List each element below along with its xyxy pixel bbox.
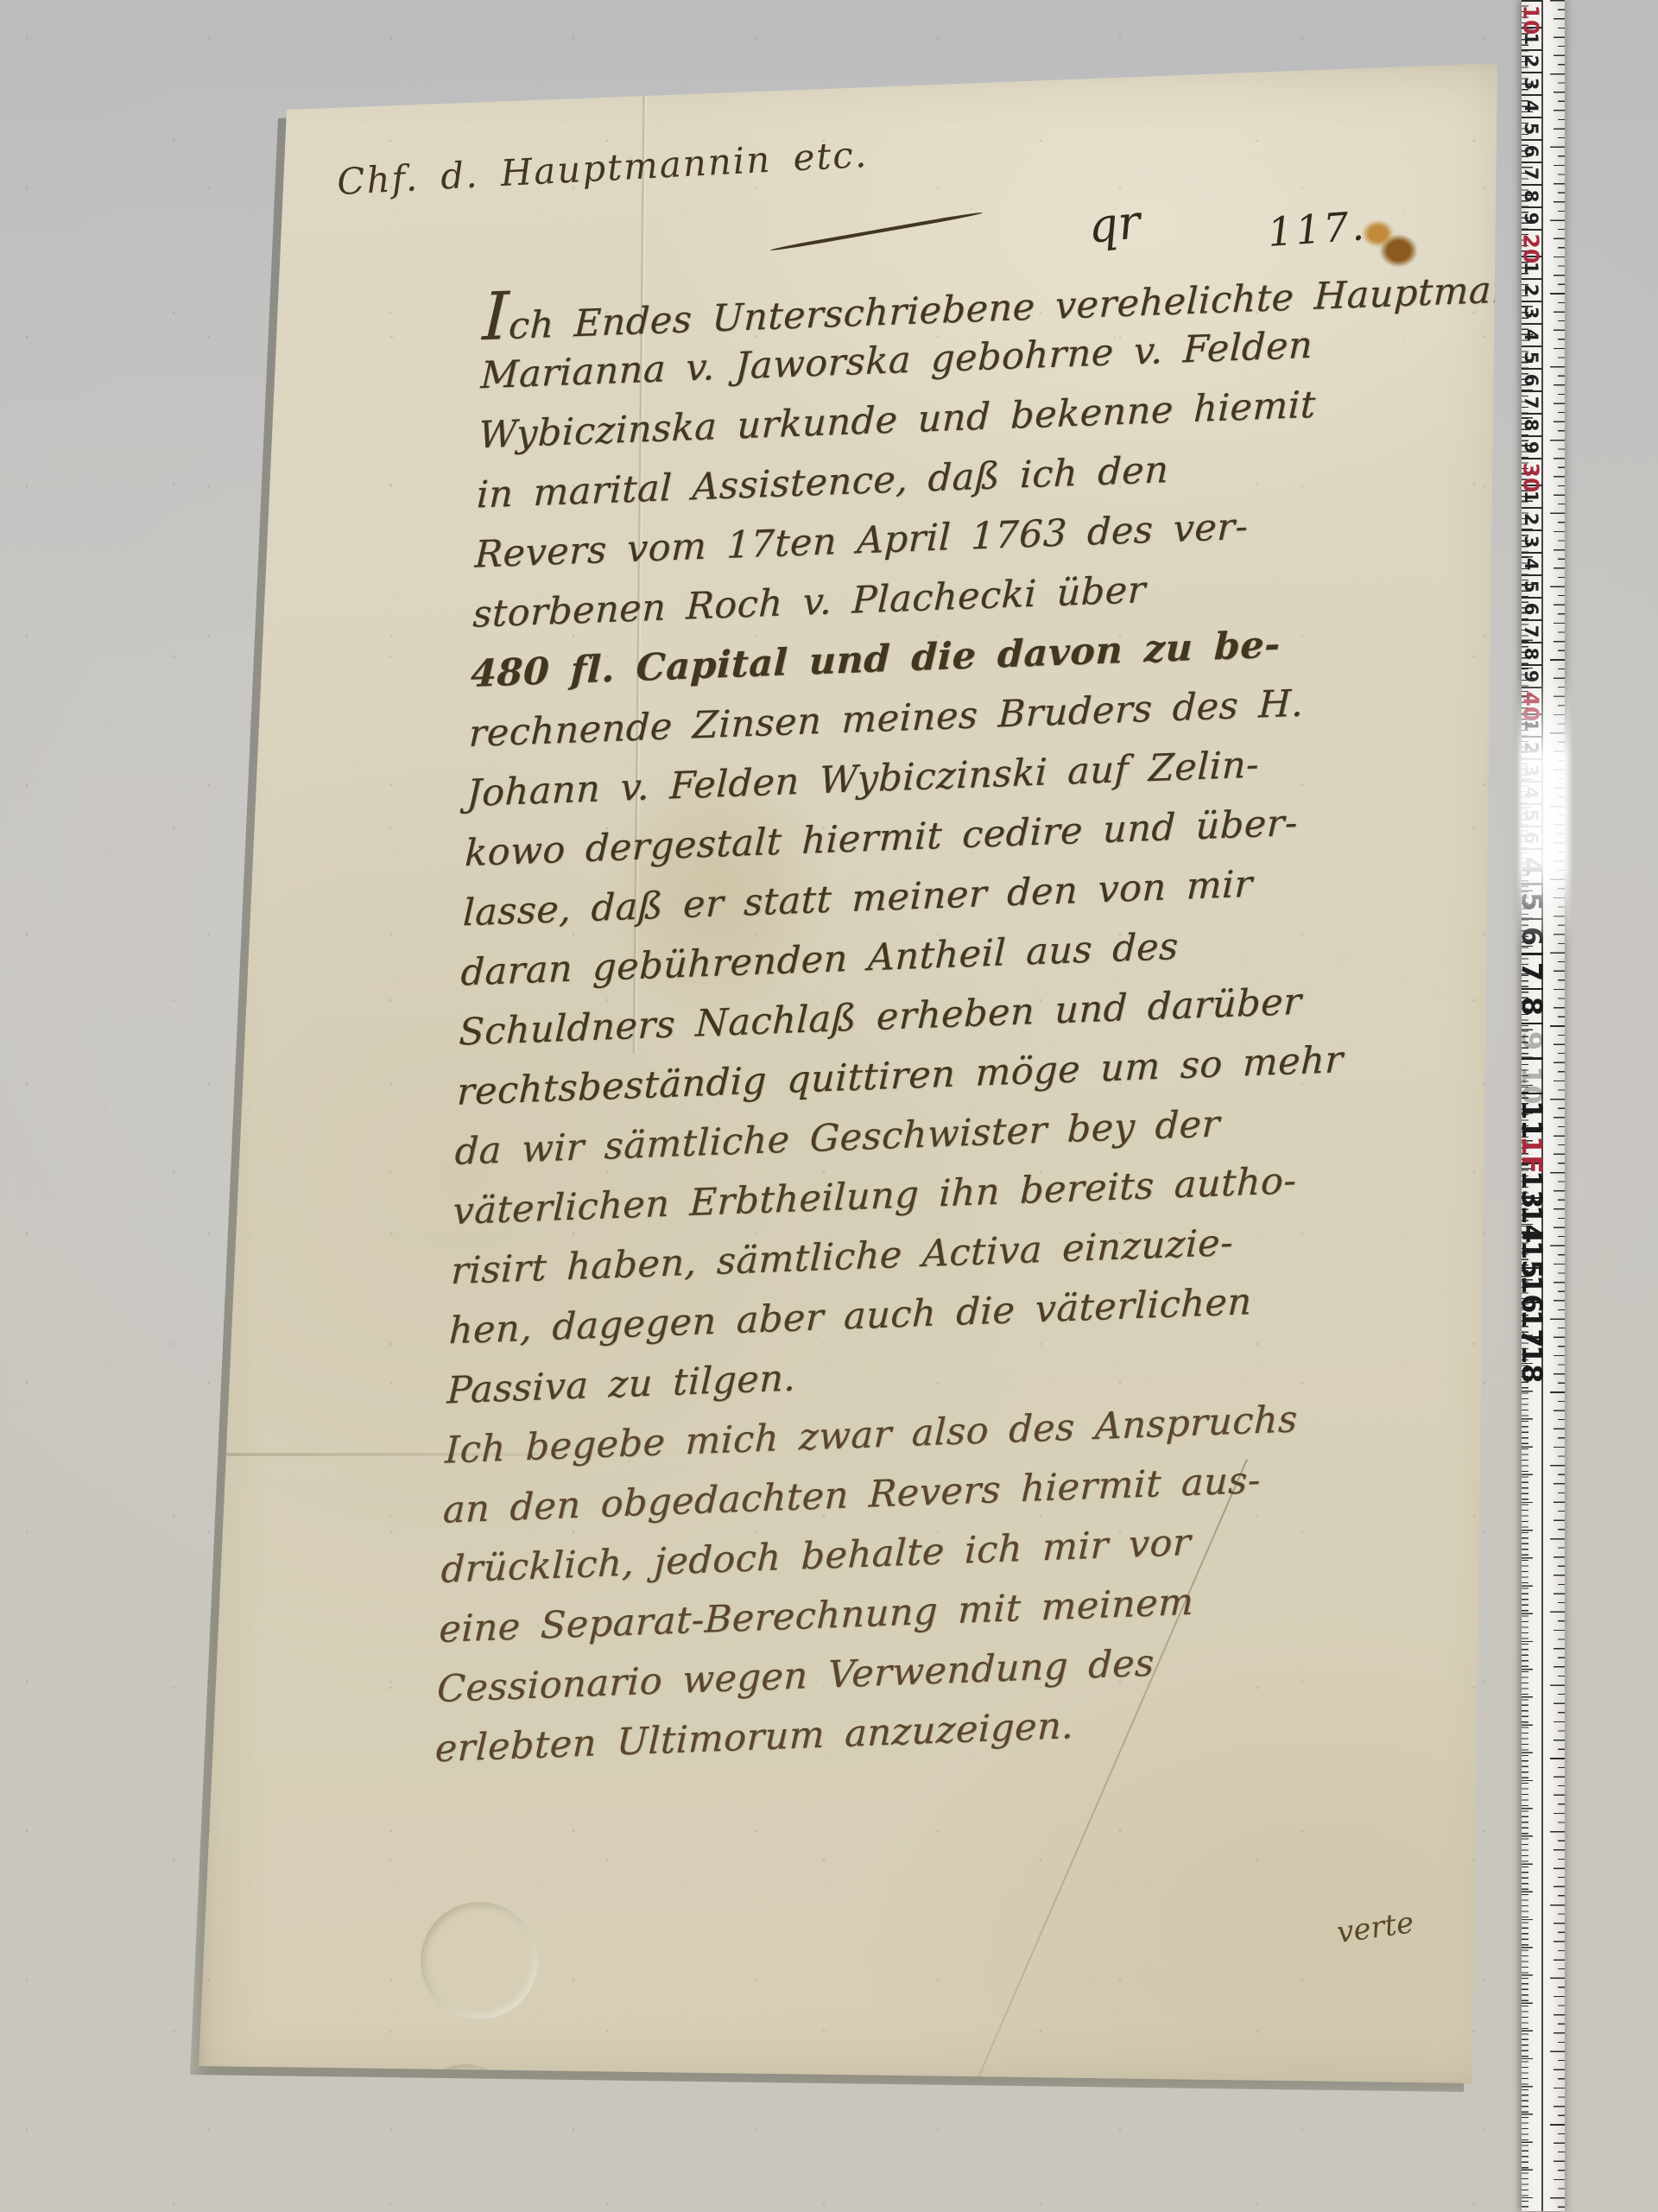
ruler-cm-label: 4 <box>1521 555 1541 574</box>
ruler-cm-mark-line <box>1522 390 1542 392</box>
ruler-cm-mark-line <box>1522 49 1542 51</box>
ruler-cm-mark-line <box>1522 301 1542 302</box>
folio-number: 117. <box>1266 202 1368 256</box>
ruler-inch-label: 1F <box>1516 1136 1548 1157</box>
ruler-cm-label: 7 <box>1521 393 1541 412</box>
ruler-cm-label: 6 <box>1521 371 1541 390</box>
ruler-cm-label: 6 <box>1521 599 1541 618</box>
ruler-inch-label: 10 <box>1516 1066 1548 1087</box>
ruler-cm-label: 2 <box>1521 281 1541 300</box>
ruler-cm-mark-line <box>1522 0 1542 2</box>
ruler-cm-label: 3 <box>1521 74 1541 93</box>
ruler-cm-label: 4 <box>1521 326 1541 345</box>
ruler-inch-label: 16 <box>1516 1275 1548 1296</box>
ruler-inch-label: 18 <box>1516 1345 1548 1366</box>
ruler-cm-label: 9 <box>1521 209 1541 228</box>
ruler-tape: 1012345678920123456789301234567894012345… <box>1522 0 1565 2211</box>
ruler-cm-label: 30 <box>1519 463 1544 482</box>
ruler-cm-mark-line <box>1522 552 1542 554</box>
ruler-cm-mark-line <box>1522 162 1542 163</box>
ruler-cm-label: 8 <box>1521 187 1541 206</box>
header-note: Chf. d. Hauptmannin etc. <box>336 133 869 203</box>
ruler-inch-label: 8 <box>1516 996 1548 1017</box>
flourish-underline <box>770 211 984 251</box>
ruler-cm-mark-line <box>1522 664 1542 666</box>
ruler-cm-label: 7 <box>1521 622 1541 641</box>
verso-note: verte <box>1335 1905 1416 1950</box>
ruler-cm-mark-line <box>1522 458 1542 460</box>
ruler-cm-label: 3 <box>1521 303 1541 322</box>
paper-sheet: Chf. d. Hauptmannin etc. qr 117. Ich End… <box>199 60 1511 2090</box>
ruler-cm-label: 1 <box>1521 487 1541 506</box>
ruler-cm-mark-line <box>1522 184 1542 186</box>
ruler-cm-mark-line <box>1522 529 1542 531</box>
ruler-half-inch-ticks <box>1550 0 1565 2211</box>
ruler-cm-label: 1 <box>1521 258 1541 277</box>
ruler-inch-mark-line <box>1522 1057 1543 1059</box>
presentation-mark: qr <box>1085 194 1143 254</box>
ruler-cm-mark-line <box>1522 574 1542 576</box>
ruler-cm-label: 1 <box>1521 29 1541 48</box>
ruler-cm-label: 2 <box>1521 510 1541 529</box>
manuscript-block: Ich Endes Unterschriebene verehelichte H… <box>434 249 1520 1779</box>
ruler-cm-mark-line <box>1522 435 1542 437</box>
ruler-cm-label: 7 <box>1521 164 1541 183</box>
ruler-cm-label: 10 <box>1519 5 1544 24</box>
emboss-seal-mark <box>421 1902 538 2019</box>
ruler-inch-mark-line <box>1522 953 1543 954</box>
ruler-cm-label: 5 <box>1521 348 1541 367</box>
ruler-inch-label: 9 <box>1516 1030 1548 1051</box>
ruler-cm-mark-line <box>1522 368 1542 370</box>
ruler-cm-label: 5 <box>1521 577 1541 596</box>
ruler-cm-label: 3 <box>1521 532 1541 551</box>
ruler-inch-label: 13 <box>1516 1170 1548 1191</box>
ruler-cm-mark-line <box>1522 642 1542 643</box>
ruler-cm-mark-line <box>1522 507 1542 509</box>
ruler-cm-mark-line <box>1522 597 1542 599</box>
ruler-cm-mark-line <box>1522 206 1542 208</box>
ruler-cm-mark-line <box>1522 413 1542 415</box>
photo-background: Chf. d. Hauptmannin etc. qr 117. Ich End… <box>0 0 1658 2211</box>
ruler-cm-mark-line <box>1522 619 1542 621</box>
ruler-cm-mark-line <box>1522 139 1542 141</box>
ruler-cm-mark-line <box>1522 345 1542 347</box>
ruler-cm-label: 4 <box>1521 97 1541 116</box>
ruler-cm-label: 6 <box>1521 142 1541 161</box>
ruler-cm-mark-line <box>1522 117 1542 118</box>
ruler-cm-mark-line <box>1522 278 1542 280</box>
ruler-cm-label: 20 <box>1519 234 1544 253</box>
ruler-inch-label: 7 <box>1516 961 1548 982</box>
ruler-cm-mark-line <box>1522 72 1542 73</box>
emboss-seal-mark <box>414 2064 516 2166</box>
ruler-cm-label: 2 <box>1521 52 1541 71</box>
ruler-cm-label: 8 <box>1521 644 1541 663</box>
ruler-cm-label: 8 <box>1521 415 1541 434</box>
ruler-inch-label: 15 <box>1516 1240 1548 1261</box>
ruler-inch-mark-line <box>1522 1023 1543 1024</box>
ruler-inch-label: 17 <box>1516 1309 1548 1330</box>
ruler-cm-mark-line <box>1522 94 1542 96</box>
ruler-glare <box>1518 674 1570 950</box>
ruler-inch-mark-line <box>1522 988 1543 990</box>
ruler-inch-label: 11 <box>1516 1100 1548 1121</box>
ruler-cm-label: 5 <box>1521 119 1541 138</box>
ruler-cm-mark-line <box>1522 323 1542 325</box>
ruler-cm-label: 9 <box>1521 438 1541 457</box>
ruler-cm-mark-line <box>1522 229 1542 231</box>
ruler-inch-label: 14 <box>1516 1205 1548 1226</box>
